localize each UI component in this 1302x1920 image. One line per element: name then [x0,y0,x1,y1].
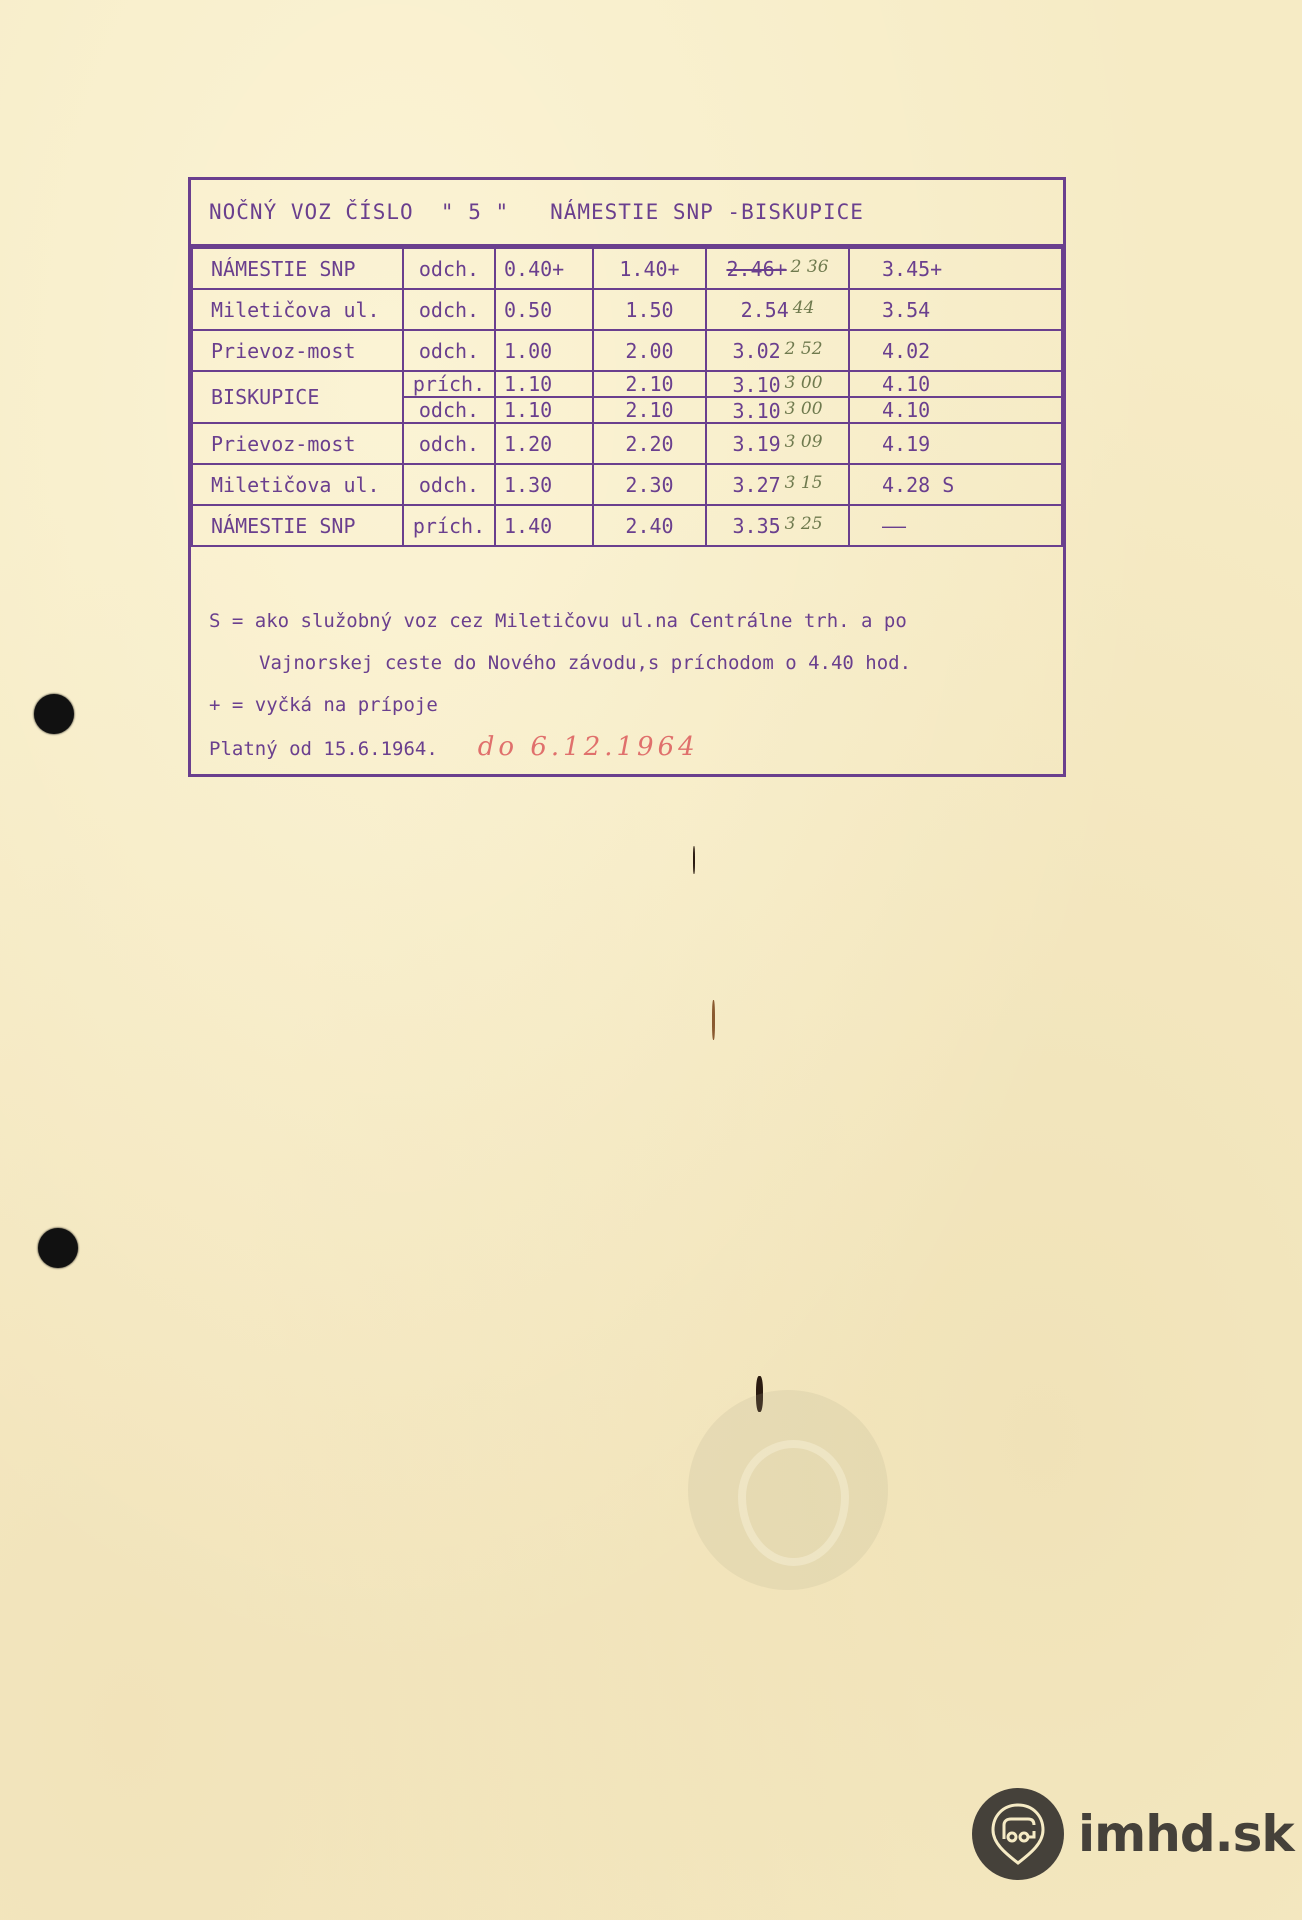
stop-type: prích. [403,371,495,397]
paper-speck [693,846,695,874]
imhd-pin-bus-icon [972,1788,1064,1880]
time-1: 0.40+ [495,248,593,289]
time-2: 2.40 [593,505,706,546]
time-1: 1.00 [495,330,593,371]
time-3: 3.103 00 [706,397,849,423]
imhd-logo: imhd.sk [972,1786,1294,1882]
imhd-logo-text: imhd.sk [1078,1805,1294,1863]
watermark-logo [688,1390,888,1590]
handwritten-correction: 3 00 [785,399,823,419]
time-2: 2.10 [593,371,706,397]
paper-speck [712,1000,715,1040]
note-s-line1: S = ako služobný voz cez Miletičovu ul.n… [209,600,1043,642]
handwritten-correction: 2 52 [785,339,823,359]
time-4: 4.19 [849,423,1062,464]
time-2: 2.30 [593,464,706,505]
time-1: 0.50 [495,289,593,330]
stop-name: NÁMESTIE SNP [192,248,403,289]
table-row: Miletičova ul. odch. 1.30 2.30 3.273 15 … [192,464,1062,505]
time-4: 3.45+ [849,248,1062,289]
handwritten-correction: 44 [793,298,815,318]
time-3: 3.353 25 [706,505,849,546]
stop-type: prích. [403,505,495,546]
time-2: 2.20 [593,423,706,464]
timetable-grid: NÁMESTIE SNP odch. 0.40+ 1.40+ 2.46+2 36… [191,247,1063,547]
punch-hole [38,1228,78,1268]
time-4: 4.28 S [849,464,1062,505]
time-3: 3.103 00 [706,371,849,397]
time-2: 1.50 [593,289,706,330]
time-4: 4.10 [849,397,1062,423]
time-1: 1.10 [495,397,593,423]
table-row: NÁMESTIE SNP odch. 0.40+ 1.40+ 2.46+2 36… [192,248,1062,289]
time-3: 2.46+2 36 [706,248,849,289]
time-3: 3.022 52 [706,330,849,371]
stop-type: odch. [403,248,495,289]
stop-type: odch. [403,397,495,423]
table-row: Prievoz-most odch. 1.00 2.00 3.022 52 4.… [192,330,1062,371]
stop-name: Miletičova ul. [192,289,403,330]
time-3-value: 3.27 [732,473,780,497]
time-1: 1.10 [495,371,593,397]
stop-type: odch. [403,330,495,371]
time-2: 1.40+ [593,248,706,289]
time-3-value: 3.19 [732,432,780,456]
stop-type: odch. [403,423,495,464]
time-3: 3.193 09 [706,423,849,464]
stop-name: Miletičova ul. [192,464,403,505]
time-1: 1.40 [495,505,593,546]
validity: Platný od 15.6.1964.do 6.12.1964 [209,726,1043,770]
stop-name: Prievoz-most [192,330,403,371]
notes: S = ako služobný voz cez Miletičovu ul.n… [209,600,1043,770]
time-3-value: 3.35 [732,514,780,538]
timetable-title: NOČNÝ VOZ ČÍSLO " 5 " NÁMESTIE SNP -BISK… [209,192,864,232]
time-1: 1.20 [495,423,593,464]
time-4: 3.54 [849,289,1062,330]
valid-to-handwritten: do 6.12.1964 [478,732,699,762]
handwritten-correction: 2 36 [791,257,829,277]
handwritten-correction: 3 09 [785,432,823,452]
valid-from: Platný od 15.6.1964. [209,738,438,760]
stop-name: Prievoz-most [192,423,403,464]
time-2: 2.00 [593,330,706,371]
handwritten-correction: 3 00 [785,373,823,393]
stop-name: NÁMESTIE SNP [192,505,403,546]
stop-type: odch. [403,464,495,505]
table-row: BISKUPICE prích. 1.10 2.10 3.103 00 4.10 [192,371,1062,397]
time-4: —— [849,505,1062,546]
time-3-struck: 2.46+ [726,257,786,281]
time-1: 1.30 [495,464,593,505]
time-3: 2.5444 [706,289,849,330]
table-row: Miletičova ul. odch. 0.50 1.50 2.5444 3.… [192,289,1062,330]
table-row: NÁMESTIE SNP prích. 1.40 2.40 3.353 25 —… [192,505,1062,546]
time-4: 4.02 [849,330,1062,371]
time-2: 2.10 [593,397,706,423]
punch-hole [34,694,74,734]
handwritten-correction: 3 25 [785,514,823,534]
note-s-line2: Vajnorskej ceste do Nového závodu,s príc… [209,642,1043,684]
note-plus: + = vyčká na prípoje [209,684,1043,726]
stop-type: odch. [403,289,495,330]
timetable-stamp: NOČNÝ VOZ ČÍSLO " 5 " NÁMESTIE SNP -BISK… [188,177,1066,777]
time-3: 3.273 15 [706,464,849,505]
table-row: Prievoz-most odch. 1.20 2.20 3.193 09 4.… [192,423,1062,464]
time-3-value: 2.54 [741,298,789,322]
stop-name: BISKUPICE [192,371,403,423]
time-3-value: 3.02 [732,339,780,363]
time-3-value: 3.10 [732,399,780,423]
handwritten-correction: 3 15 [785,473,823,493]
time-4: 4.10 [849,371,1062,397]
time-3-value: 3.10 [732,373,780,397]
